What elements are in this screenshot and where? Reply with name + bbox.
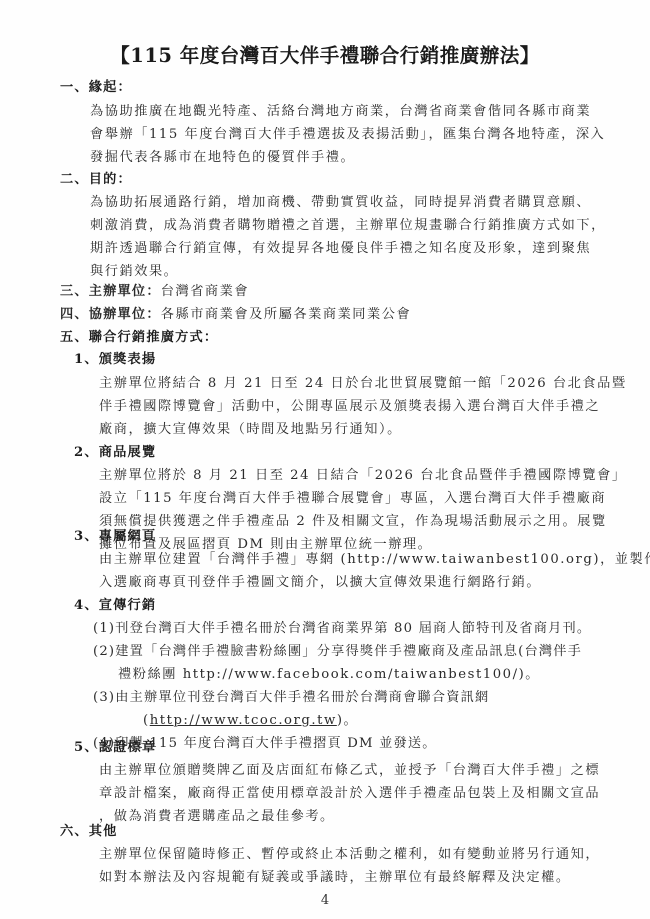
document-title: 【115 年度台灣百大伴手禮聯合行銷推廣辦法】 xyxy=(0,40,650,68)
paragraph-line: 主辦單位將結合 8 月 21 日至 24 日於台北世貿展覽館一館「2026 台北… xyxy=(99,374,627,394)
section-heading-co-organizer: 四、協辦單位： xyxy=(60,307,161,322)
list-item: (2)建置「台灣伴手禮臉書粉絲團」分享得獎伴手禮廠商及產品訊息(台灣伴手 xyxy=(93,642,582,662)
paragraph-line: 如對本辦法及內容規範有疑義或爭議時，主辦單位有最終解釋及決定權。 xyxy=(99,868,571,888)
paragraph-line: 主辦單位將於 8 月 21 日至 24 日結合「2026 台北食品暨伴手禮國際博… xyxy=(99,466,627,486)
co-organizer-value: 各縣市商業會及所屬各業商業同業公會 xyxy=(161,307,412,322)
page-number: 4 xyxy=(0,893,650,908)
subsection-heading-exhibition: 2、商品展覽 xyxy=(74,443,156,463)
list-item: (1)刊登台灣百大伴手禮名冊於台灣省商業界第 80 屆商人節特刊及省商月刊。 xyxy=(93,619,591,639)
list-item: (3)由主辦單位刊登台灣百大伴手禮名冊於台灣商會聯合資訊網 xyxy=(93,688,489,708)
subsection-heading-awards: 1、頒獎表揚 xyxy=(74,350,156,370)
list-item-continuation[interactable]: 禮粉絲團 http://www.facebook.com/taiwanbest1… xyxy=(118,665,540,685)
list-item-continuation: (http://www.tcoc.org.tw)。 xyxy=(143,711,358,731)
subsection-heading-website: 3、專屬網頁 xyxy=(74,527,156,547)
paren-close: )。 xyxy=(337,713,358,728)
paragraph-line: ，做為消費者選購產品之最佳參考。 xyxy=(99,807,335,827)
paragraph-line: 會舉辦「115 年度台灣百大伴手禮選拔及表揚活動」，匯集台灣各地特產，深入 xyxy=(90,125,605,145)
paragraph-line: 為協助推廣在地觀光特產、活絡台灣地方商業，台灣省商業會偕同各縣市商業 xyxy=(90,102,591,122)
paragraph-line: 伴手禮國際博覽會」活動中，公開專區展示及頒獎表揚入選台灣百大伴手禮之 xyxy=(99,397,600,417)
paragraph-line: 廠商，擴大宣傳效果（時間及地點另行通知）。 xyxy=(99,420,402,440)
paragraph-line: 發掘代表各縣市在地特色的優質伴手禮。 xyxy=(90,148,355,168)
section-heading-joint-marketing: 五、聯合行銷推廣方式： xyxy=(60,328,218,348)
paragraph-line: 期許透過聯合行銷宣傳，有效提昇各地優良伴手禮之知名度及形象，達到聚焦 xyxy=(90,239,591,259)
paragraph-line: 主辦單位保留隨時修正、暫停或終止本活動之權利，如有變動並將另行通知， xyxy=(99,845,600,865)
paragraph-line: 入選廠商專頁刊登伴手禮圖文簡介，以擴大宣傳效果進行網路行銷。 xyxy=(99,573,541,593)
section-co-organizer: 四、協辦單位：各縣市商業會及所屬各業商業同業公會 xyxy=(60,305,411,325)
paragraph-line: 與行銷效果。 xyxy=(90,262,178,282)
section-heading-other: 六、其他 xyxy=(60,822,118,842)
paragraph-line: 由主辦單位頒贈獎牌乙面及店面紅布條乙式，並授予「台灣百大伴手禮」之標 xyxy=(99,761,600,781)
paren-open: ( xyxy=(143,713,150,728)
paragraph-line[interactable]: 由主辦單位建置「台灣伴手禮」專網 (http://www.taiwanbest1… xyxy=(99,550,650,570)
paragraph-line: 須無償提供獲選之伴手禮產品 2 件及相關文宣，作為現場活動展示之用。展覽 xyxy=(99,512,607,532)
organizer-value: 台灣省商業會 xyxy=(161,284,249,299)
section-organizer: 三、主辦單位：台灣省商業會 xyxy=(60,282,249,302)
paragraph-line: 為協助拓展通路行銷，增加商機、帶動實質收益，同時提昇消費者購買意願、 xyxy=(90,193,591,213)
subsection-heading-promotion: 4、宣傳行銷 xyxy=(74,596,156,616)
section-heading-organizer: 三、主辦單位： xyxy=(60,284,161,299)
paragraph-line: 章設計檔案，廠商得正當使用標章設計於入選伴手禮產品包裝上及相關文宣品 xyxy=(99,784,600,804)
paragraph-line: 刺激消費，成為消費者購物贈禮之首選，主辦單位規畫聯合行銷推廣方式如下， xyxy=(90,216,606,236)
paragraph-line: 設立「115 年度台灣百大伴手禮聯合展覽會」專區，入選台灣百大伴手禮廠商 xyxy=(99,489,606,509)
document-page: 【115 年度台灣百大伴手禮聯合行銷推廣辦法】 一、緣起： 為協助推廣在地觀光特… xyxy=(0,0,650,919)
tcoc-link[interactable]: http://www.tcoc.org.tw xyxy=(150,713,337,728)
section-heading-origin: 一、緣起： xyxy=(60,78,132,98)
section-heading-purpose: 二、目的： xyxy=(60,170,132,190)
subsection-heading-certification: 5、認證標章 xyxy=(74,738,156,758)
